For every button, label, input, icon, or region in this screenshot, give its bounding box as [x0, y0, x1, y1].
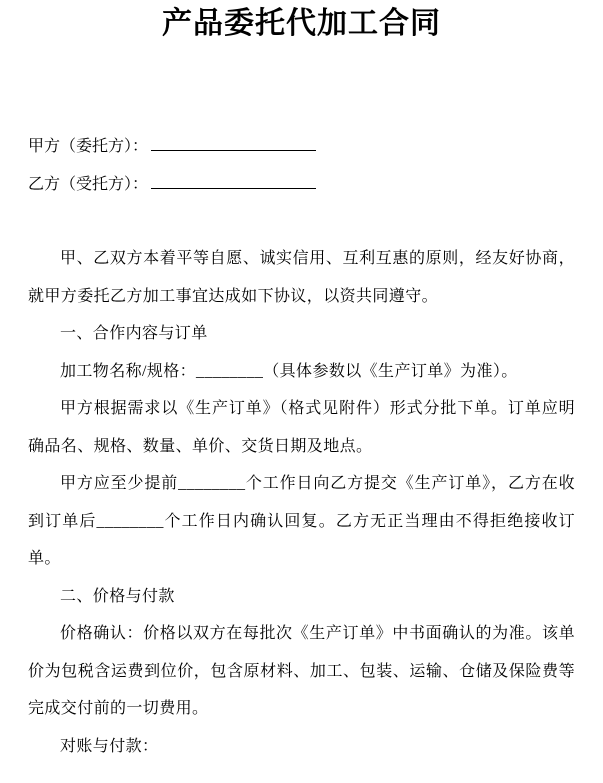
section-2-paragraph-2: 对账与付款：	[28, 728, 575, 766]
contract-body: 甲、乙双方本着平等自愿、诚实信用、互利互惠的原则，经友好协商，就甲方委托乙方加工…	[28, 240, 575, 765]
party-a-blank-field	[151, 150, 316, 151]
section-1-paragraph-1: 加工物名称/规格：________（具体参数以《生产订单》为准）。	[28, 353, 575, 391]
party-b-label: 乙方（受托方）：	[28, 176, 148, 193]
party-a-label: 甲方（委托方）：	[28, 138, 148, 155]
section-2-paragraph-1: 价格确认：价格以双方在每批次《生产订单》中书面确认的为准。该单价为包税含运费到位…	[28, 615, 575, 728]
section-2-heading: 二、价格与付款	[28, 578, 575, 616]
preamble-paragraph: 甲、乙双方本着平等自愿、诚实信用、互利互惠的原则，经友好协商，就甲方委托乙方加工…	[28, 240, 575, 315]
contract-document-page: 产品委托代加工合同 甲方（委托方）： 乙方（受托方）： 甲、乙双方本着平等自愿、…	[0, 0, 603, 783]
section-1-paragraph-2: 甲方根据需求以《生产订单》（格式见附件）形式分批下单。订单应明确品名、规格、数量…	[28, 390, 575, 465]
party-a-line: 甲方（委托方）：	[28, 128, 575, 166]
contract-title: 产品委托代加工合同	[28, 0, 575, 42]
party-b-blank-field	[151, 188, 316, 189]
party-b-line: 乙方（受托方）：	[28, 166, 575, 204]
section-1-heading: 一、合作内容与订单	[28, 315, 575, 353]
parties-block: 甲方（委托方）： 乙方（受托方）：	[28, 128, 575, 203]
section-1-paragraph-3: 甲方应至少提前________个工作日向乙方提交《生产订单》，乙方在收到订单后_…	[28, 465, 575, 578]
